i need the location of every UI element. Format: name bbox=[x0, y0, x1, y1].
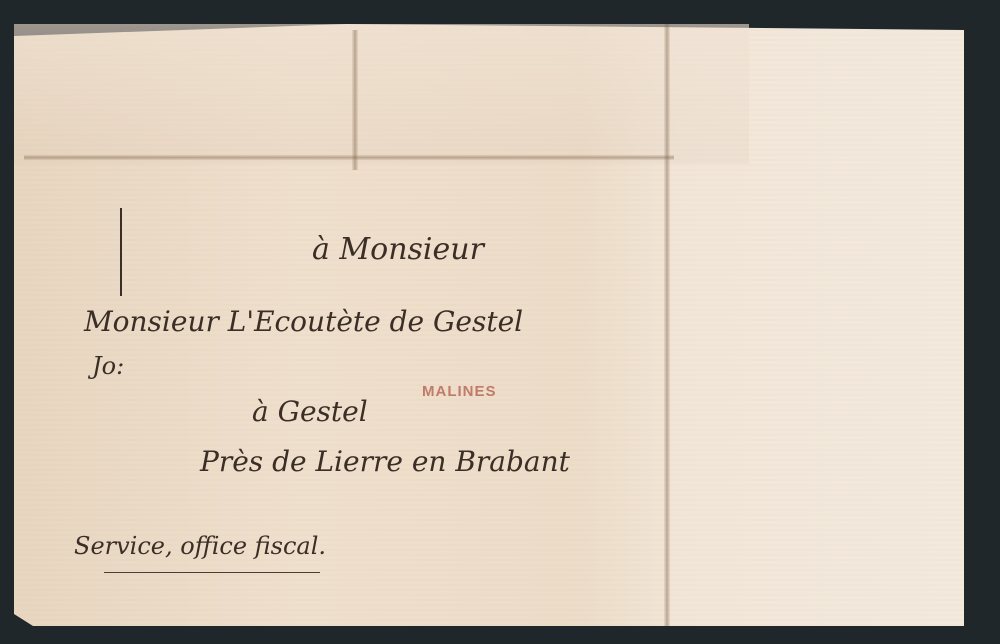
endorsement: Service, office fiscal. bbox=[74, 532, 326, 560]
address-line-1: à Monsieur bbox=[312, 232, 484, 267]
fold-crease bbox=[352, 30, 358, 170]
postmark-stamp: MALINES bbox=[422, 383, 497, 400]
ink-mark bbox=[120, 208, 122, 296]
address-line-3: à Gestel bbox=[252, 395, 368, 428]
fold-crease bbox=[24, 155, 674, 160]
rate-mark: Jo: bbox=[92, 352, 124, 380]
address-line-4: Près de Lierre en Brabant bbox=[200, 445, 570, 478]
fold-crease bbox=[664, 24, 670, 626]
letter-flap bbox=[14, 24, 749, 164]
endorsement-underline bbox=[104, 572, 320, 573]
address-line-2: Monsieur L'Ecoutète de Gestel bbox=[84, 305, 523, 338]
